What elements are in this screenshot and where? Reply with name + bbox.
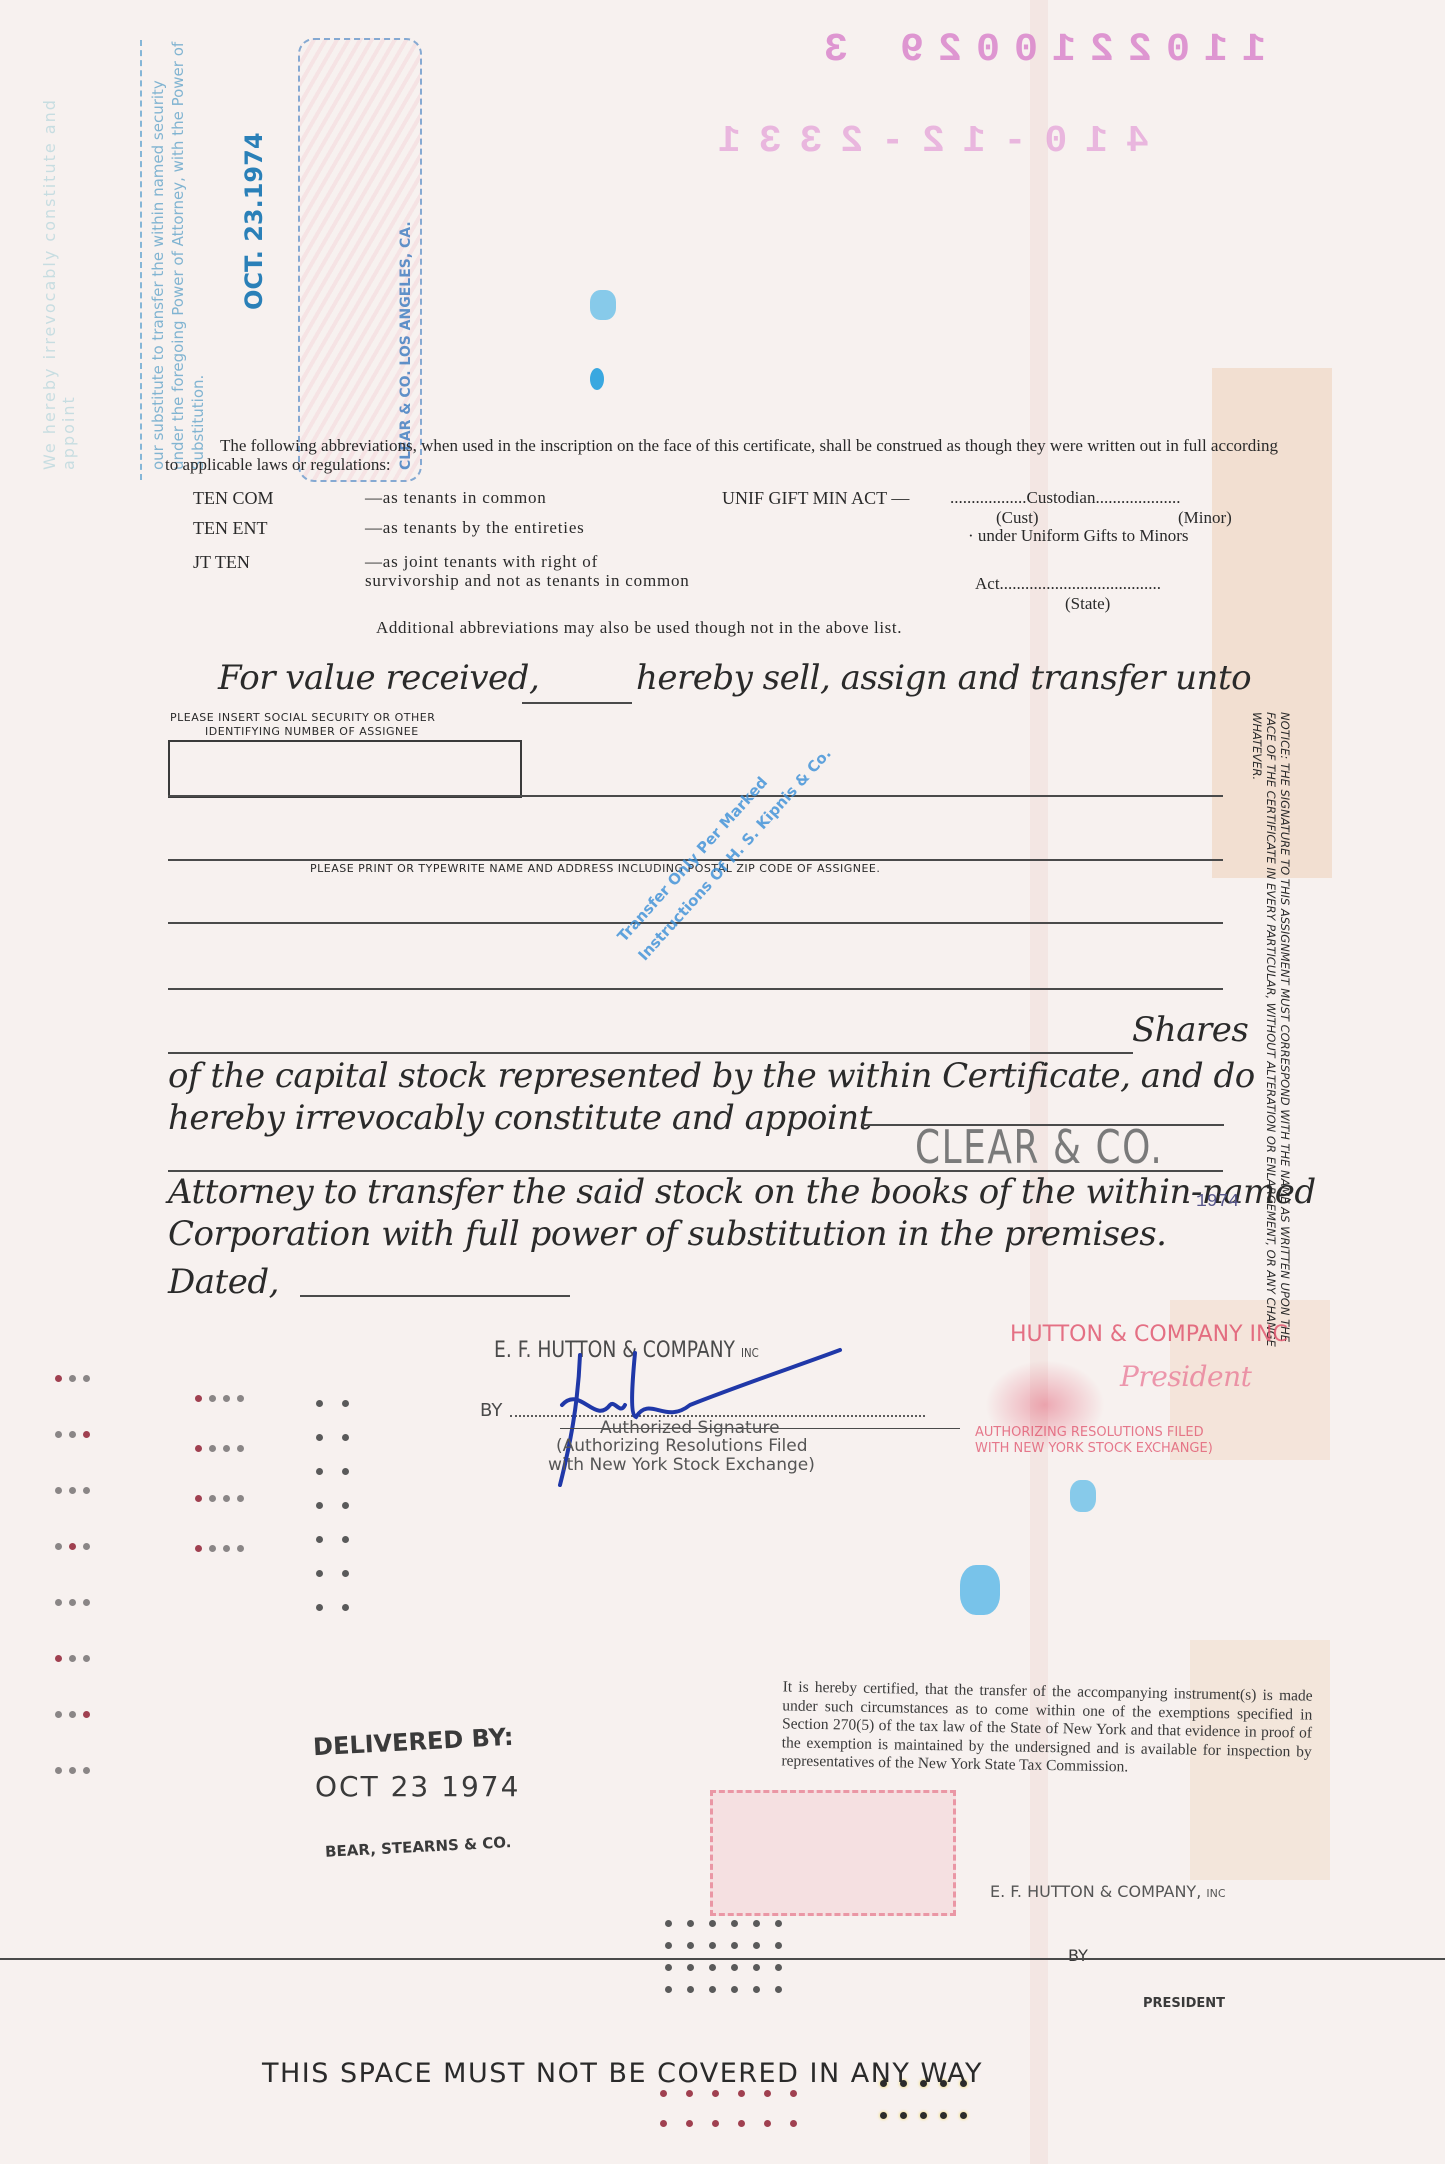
perforation-dot <box>960 2112 967 2119</box>
delivered-firm: BEAR, STEARNS & CO. <box>325 1833 512 1861</box>
delivered-label: DELIVERED BY: <box>312 1723 514 1761</box>
perforation-dot <box>69 1375 76 1382</box>
red-tax-stamp <box>710 1790 956 1916</box>
perforation-dot <box>55 1543 62 1550</box>
perforation-dot <box>687 1964 694 1971</box>
left-faint-stamp: We hereby irrevocably constitute and app… <box>40 40 78 470</box>
ssn-input-box[interactable] <box>168 740 522 798</box>
dated-label: Dated, <box>168 1262 279 1302</box>
perforation-dot <box>709 1986 716 1993</box>
authorized-signature-label: Authorized Signature <box>600 1418 780 1438</box>
perforation-dot <box>55 1655 62 1662</box>
perforation-dot <box>880 2112 887 2119</box>
abbreviation-code: TEN COM <box>193 488 274 509</box>
blue-transfer-stamp: Transfer Only Per Marked Instructions Of… <box>610 722 838 967</box>
perforation-dot <box>660 2090 667 2097</box>
perforation-dot <box>342 1502 349 1509</box>
perforation-dot <box>223 1395 230 1402</box>
additional-abbreviations-note: Additional abbreviations may also be use… <box>376 618 902 638</box>
perforation-dot <box>209 1395 216 1402</box>
blue-ink-blot <box>1070 1480 1096 1512</box>
perforation-dot <box>83 1599 90 1606</box>
perforation-dot <box>731 1920 738 1927</box>
perforation-dot <box>342 1400 349 1407</box>
assignee-line-1[interactable] <box>168 795 1223 797</box>
perforation-dot <box>342 1570 349 1577</box>
perforation-dot <box>69 1543 76 1550</box>
hereby-appoint-text: hereby irrevocably constitute and appoin… <box>168 1098 872 1138</box>
tax-president-label: PRESIDENT <box>1143 1996 1225 2011</box>
signature-notice: NOTICE: THE SIGNATURE TO THIS ASSIGNMENT… <box>1250 712 1292 1372</box>
blue-ink-blot <box>960 1565 1000 1615</box>
abbreviations-intro: The following abbreviations, when used i… <box>165 436 1295 474</box>
perforation-dot <box>69 1431 76 1438</box>
perforation-dot <box>775 1986 782 1993</box>
perforation-dot <box>316 1434 323 1441</box>
left-blue-date-stamp: OCT. 23.1974 <box>240 110 268 310</box>
custodian-field[interactable]: ..................Custodian.............… <box>950 488 1180 508</box>
perforation-dot <box>223 1445 230 1452</box>
resolutions-line-1: (Authorizing Resolutions Filed <box>556 1436 808 1456</box>
act-field[interactable]: Act.....................................… <box>975 574 1161 594</box>
tax-company-inc: INC <box>1206 1887 1225 1900</box>
shares-line[interactable] <box>168 1052 1133 1054</box>
transferor-line <box>522 702 632 704</box>
perforation-dot <box>55 1487 62 1494</box>
unif-gift-label: UNIF GIFT MIN ACT — <box>722 488 909 509</box>
capital-stock-text: of the capital stock represented by the … <box>168 1056 1255 1096</box>
ssn-label-1: PLEASE INSERT SOCIAL SECURITY OR OTHER <box>170 711 435 724</box>
ssn-label-2: IDENTIFYING NUMBER OF ASSIGNEE <box>205 725 419 738</box>
perforation-dot <box>775 1920 782 1927</box>
perforation-dot <box>316 1570 323 1577</box>
perforation-dot <box>69 1655 76 1662</box>
perforation-dot <box>712 2120 719 2127</box>
perforation-dot <box>69 1487 76 1494</box>
perforation-dot <box>209 1545 216 1552</box>
attorney-value-stamp[interactable]: CLEAR & CO. <box>915 1120 1163 1174</box>
minor-label: (Minor) <box>1178 508 1232 528</box>
perforation-dot <box>709 1964 716 1971</box>
perforation-dot <box>55 1599 62 1606</box>
perforation-dot <box>83 1767 90 1774</box>
blue-ink-blot <box>590 290 616 320</box>
perforation-dot <box>731 1964 738 1971</box>
perforation-dot <box>790 2120 797 2127</box>
perforation-dot <box>709 1920 716 1927</box>
perforation-dot <box>83 1711 90 1718</box>
uniform-gifts-label: · under Uniform Gifts to Minors <box>968 526 1189 546</box>
perforation-dot <box>753 1964 760 1971</box>
perforation-dot <box>342 1434 349 1441</box>
perforation-dot <box>237 1395 244 1402</box>
perforation-dot <box>753 1986 760 1993</box>
perforation-dot <box>709 1942 716 1949</box>
perforation-dot <box>665 1920 672 1927</box>
abbreviation-meaning: —as tenants by the entireties <box>365 518 585 538</box>
perforation-dot <box>738 2120 745 2127</box>
left-blue-stamp: our substitute to transfer the within na… <box>148 40 208 470</box>
perforation-dot <box>237 1445 244 1452</box>
blue-transfer-stamp-line-2: Instructions Of H. S. Kipnis & Co. <box>631 741 839 967</box>
perforation-dot <box>69 1599 76 1606</box>
perforation-dot <box>195 1545 202 1552</box>
resolutions-line-2: with New York Stock Exchange) <box>548 1455 815 1475</box>
perforation-dot <box>764 2090 771 2097</box>
perforation-dot <box>342 1536 349 1543</box>
top-number-stamp-2: 410-12-2331 <box>700 120 1149 163</box>
perforation-dot <box>195 1395 202 1402</box>
perforation-dot <box>195 1495 202 1502</box>
perforation-dot <box>753 1942 760 1949</box>
assignee-address-line-2[interactable] <box>168 988 1223 990</box>
perforation-dot <box>665 1986 672 1993</box>
perforation-dot <box>665 1964 672 1971</box>
tax-certificate-text: It is hereby certified, that the transfe… <box>781 1678 1313 1780</box>
perforation-dot <box>69 1711 76 1718</box>
perforation-dot <box>342 1604 349 1611</box>
red-auth-2: WITH NEW YORK STOCK EXCHANGE) <box>975 1441 1213 1456</box>
perforation-dot <box>69 1767 76 1774</box>
hereby-sell-text: hereby sell, assign and transfer unto <box>636 658 1251 698</box>
corporation-text: Corporation with full power of substitut… <box>168 1214 1166 1254</box>
red-stamp-signature: President <box>1120 1360 1251 1393</box>
perforation-dot <box>195 1445 202 1452</box>
perforation-dot <box>686 2090 693 2097</box>
perforation-dot <box>753 1920 760 1927</box>
by-label: BY <box>480 1400 502 1421</box>
perforation-dot <box>731 1942 738 1949</box>
abbreviation-code: JT TEN <box>193 552 250 573</box>
shares-label: Shares <box>1132 1010 1248 1050</box>
dated-line[interactable] <box>300 1295 570 1297</box>
perforation-dot <box>660 2120 667 2127</box>
state-label: (State) <box>1065 594 1110 614</box>
attorney-transfer-text: Attorney to transfer the said stock on t… <box>168 1172 1316 1212</box>
perforation-dot <box>775 1964 782 1971</box>
perforation-dot <box>83 1375 90 1382</box>
protected-area-rule <box>0 1958 1445 1960</box>
perforation-dot <box>342 1468 349 1475</box>
perforation-dot <box>83 1543 90 1550</box>
perforation-dot <box>712 2090 719 2097</box>
tax-by-label: BY <box>1068 1946 1088 1965</box>
perforation-dot <box>316 1468 323 1475</box>
perforation-dot <box>687 1942 694 1949</box>
perforation-dot <box>687 1920 694 1927</box>
perforation-dot <box>237 1545 244 1552</box>
protected-area-notice: THIS SPACE MUST NOT BE COVERED IN ANY WA… <box>262 2058 983 2089</box>
perforation-dot <box>900 2112 907 2119</box>
tax-company: E. F. HUTTON & COMPANY, INC <box>990 1882 1226 1901</box>
abbreviation-code: TEN ENT <box>193 518 267 539</box>
perforation-dot <box>790 2090 797 2097</box>
perforation-dot <box>731 1986 738 1993</box>
perforation-dot <box>316 1502 323 1509</box>
perforation-dot <box>83 1431 90 1438</box>
perforation-dot <box>209 1445 216 1452</box>
red-auth-1: AUTHORIZING RESOLUTIONS FILED <box>975 1425 1204 1440</box>
perforation-dot <box>775 1942 782 1949</box>
red-company-stamp: HUTTON & COMPANY INC <box>1010 1322 1288 1347</box>
side-year-stamp: 1974 <box>1196 1192 1239 1212</box>
abbreviation-meaning: —as joint tenants with right of survivor… <box>365 552 695 590</box>
assignee-print-label: PLEASE PRINT OR TYPEWRITE NAME AND ADDRE… <box>310 862 880 875</box>
perforation-dot <box>940 2112 947 2119</box>
perforation-dot <box>55 1767 62 1774</box>
blue-ink-blot <box>590 368 604 390</box>
perforation-dot <box>665 1942 672 1949</box>
delivered-date: OCT 23 1974 <box>315 1770 520 1803</box>
perforation-dot <box>83 1655 90 1662</box>
perforation-dot <box>209 1495 216 1502</box>
perforation-dot <box>55 1431 62 1438</box>
perforation-dot <box>687 1986 694 1993</box>
perforation-dot <box>223 1495 230 1502</box>
for-value-received: For value received, <box>218 658 539 698</box>
abbreviation-meaning: —as tenants in common <box>365 488 547 508</box>
perforation-dot <box>316 1604 323 1611</box>
perforation-dot <box>764 2120 771 2127</box>
perforation-dot <box>920 2112 927 2119</box>
top-number-stamp-1: 1102210029 3 <box>810 28 1266 73</box>
perforation-dot <box>237 1495 244 1502</box>
perforation-dot <box>686 2120 693 2127</box>
perforation-dot <box>316 1536 323 1543</box>
perforation-dot <box>223 1545 230 1552</box>
perforation-dot <box>55 1711 62 1718</box>
perforation-dot <box>316 1400 323 1407</box>
perforation-dot <box>83 1487 90 1494</box>
blue-transfer-stamp-line-1: Transfer Only Per Marked <box>610 722 818 948</box>
tax-company-name: E. F. HUTTON & COMPANY, <box>990 1882 1201 1901</box>
assignee-address-line-1[interactable] <box>168 922 1223 924</box>
perforation-dot <box>55 1375 62 1382</box>
clear-co-stamp-text: CLEAR & CO. LOS ANGELES, CA. <box>398 50 414 470</box>
perforation-dot <box>738 2090 745 2097</box>
cust-label: (Cust) <box>996 508 1039 528</box>
